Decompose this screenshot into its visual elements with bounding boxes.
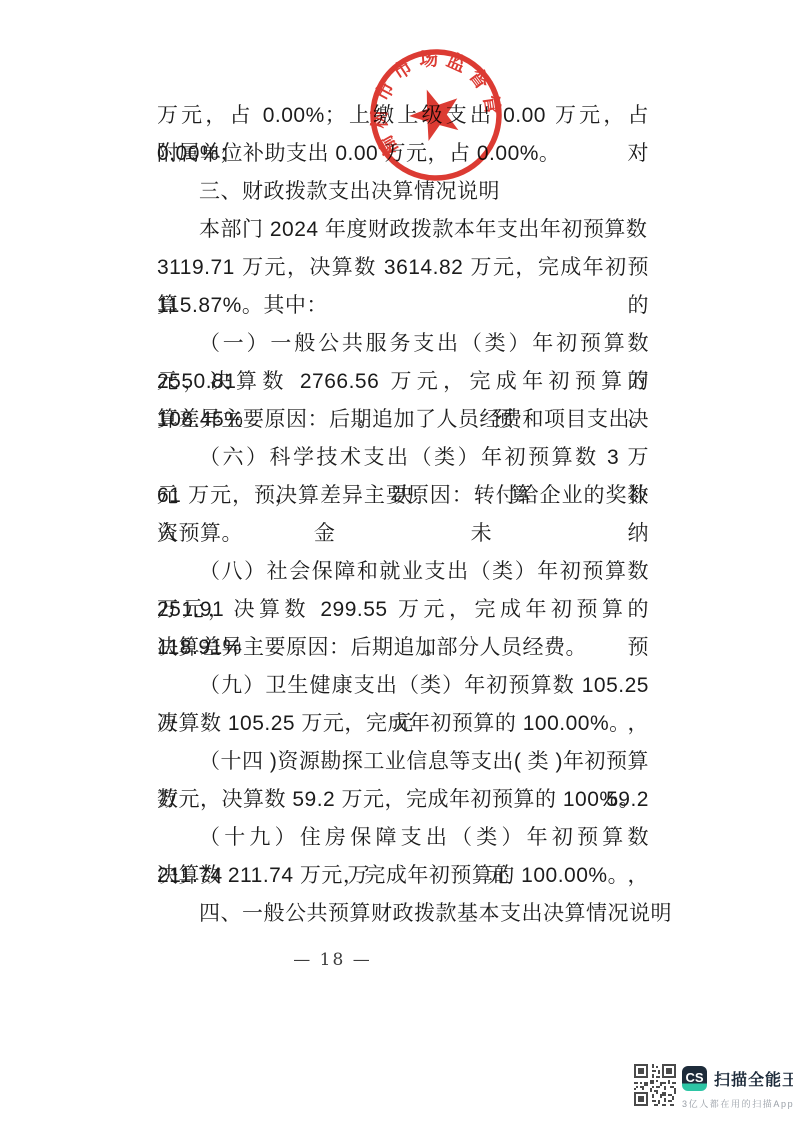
text-line: 决算差异主要原因：后期追加部分人员经费。 [157,629,649,667]
text-line: 万元，占 0.00%；上缴上级支出 0.00 万元，占 0.00%；对 [157,97,649,135]
text-line: （一）一般公共服务支出（类）年初预算数 2550.81 万 [157,325,649,363]
scanner-app-tagline: 3亿人都在用的扫描App [682,1097,793,1110]
section-heading-4: 四、一般公共预算财政拨款基本支出决算情况说明 [157,895,649,933]
text-line: 3119.71 万元，决算数 3614.82 万元，完成年初预算的 [157,249,649,287]
text-line: 元，决算数 2766.56 万元，完成年初预算的 108.45%。预决 [157,363,649,401]
scanned-document-page: 万元，占 0.00%；上缴上级支出 0.00 万元，占 0.00%；对 附属单位… [0,0,793,1122]
document-body: 万元，占 0.00%；上缴上级支出 0.00 万元，占 0.00%；对 附属单位… [157,97,649,933]
text-line: （六）科学技术支出（类）年初预算数 3 万元，决算数 [157,439,649,477]
text-line: 万元，决算数 299.55 万元，完成年初预算的 118.91%。预 [157,591,649,629]
text-line: 本部门 2024 年度财政拨款本年支出年初预算数 [157,211,649,249]
scanner-app-name: 扫描全能王 [714,1067,793,1090]
text-line: （十九）住房保障支出（类）年初预算数 211.74 万元， [157,819,649,857]
qr-code-icon [634,1064,676,1106]
text-line: 决算数 105.25 万元，完成年初预算的 100.00%。 [157,705,649,743]
page-number: — 18 — [0,950,665,970]
text-line: 算差异主要原因：后期追加了人员经费和项目支出。 [157,401,649,439]
text-line: 决算数 211.74 万元，完成年初预算的 100.00%。 [157,857,649,895]
text-line: （八）社会保障和就业支出（类）年初预算数 251.91 [157,553,649,591]
scanner-watermark: CS 扫描全能王 3亿人都在用的扫描App [634,1062,793,1112]
section-heading-3: 三、财政拨款支出决算情况说明 [157,173,649,211]
text-line: 万元，决算数 59.2 万元，完成年初预算的 100%。 [157,781,649,819]
text-line: 61 万元，预决算差异主要原因：转付给企业的奖补资金未纳 [157,477,649,515]
camscanner-logo-icon: CS [682,1066,707,1091]
text-line: （十四 )资源勘探工业信息等支出( 类 )年初预算数 59.2 [157,743,649,781]
text-line: （九）卫生健康支出（类）年初预算数 105.25 万元， [157,667,649,705]
